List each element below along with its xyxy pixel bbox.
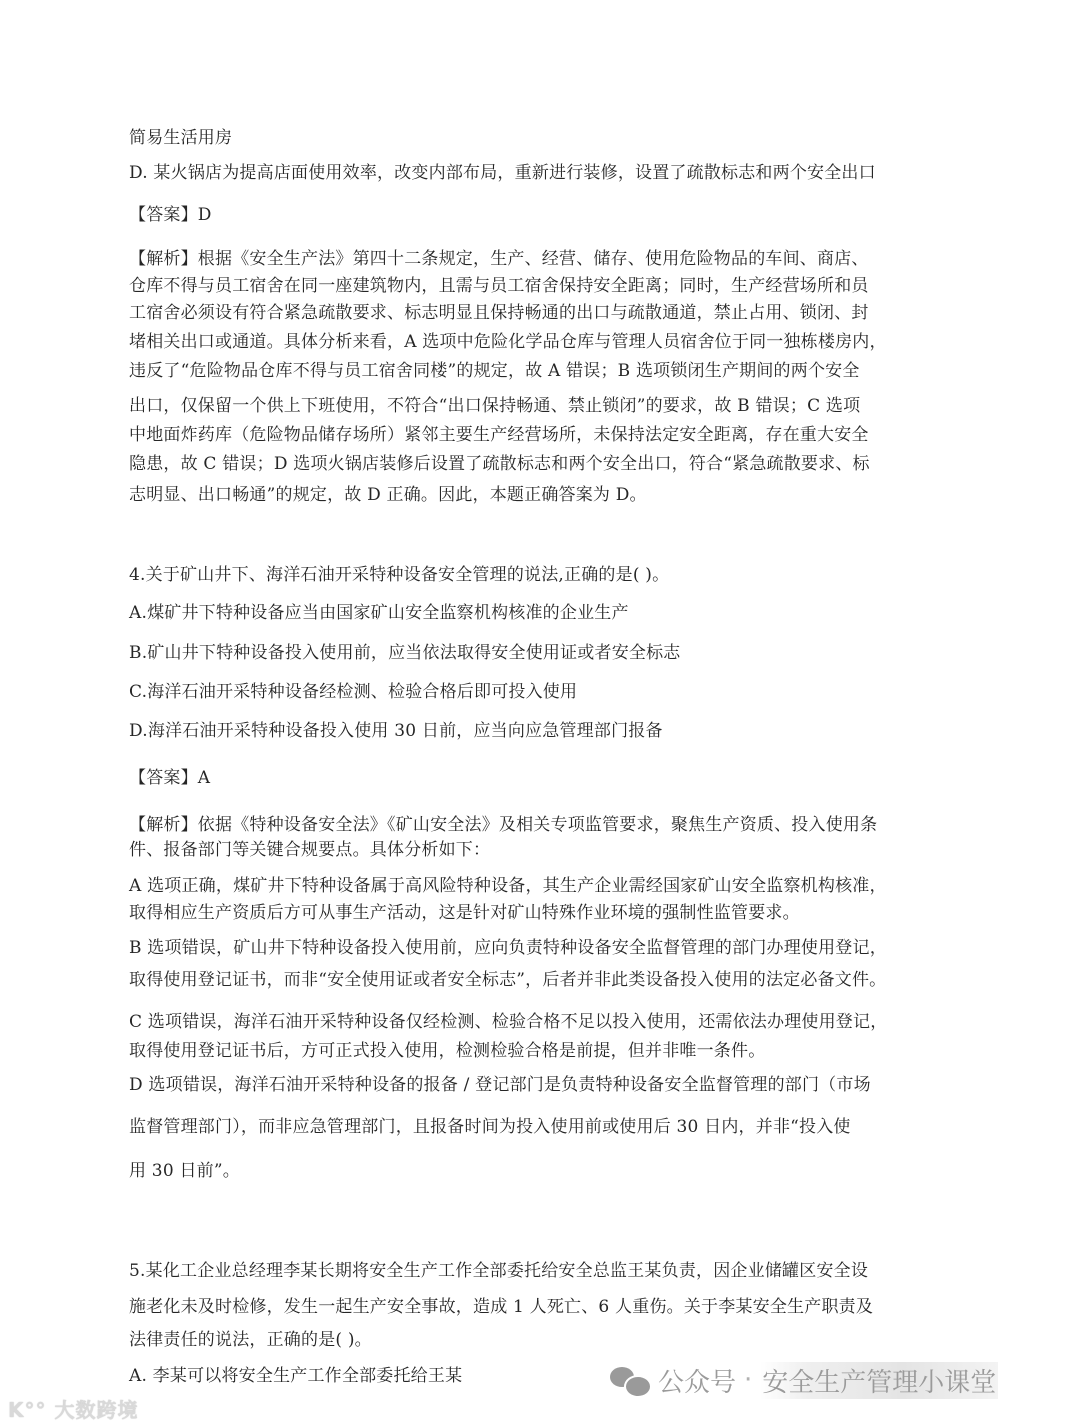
wechat-icon bbox=[610, 1365, 650, 1395]
text-line: 简易生活用房 bbox=[129, 127, 232, 149]
watermark-left-text: 大数跨境 bbox=[54, 1398, 138, 1422]
text-line: B 选项错误，矿山井下特种设备投入使用前，应向负责特种设备安全监督管理的部门办理… bbox=[129, 937, 887, 959]
text-line: 【解析】依据《特种设备安全法》《矿山安全法》及相关专项监管要求，聚焦生产资质、投… bbox=[129, 814, 877, 836]
text-line: 用 30 日前”。 bbox=[129, 1160, 240, 1182]
text-line: A 选项正确，煤矿井下特种设备属于高风险特种设备，其生产企业需经国家矿山安全监察… bbox=[129, 875, 887, 897]
text-line: D. 某火锅店为提高店面使用效率，改变内部布局，重新进行装修，设置了疏散标志和两… bbox=[129, 162, 876, 184]
text-line: 取得相应生产资质后方可从事生产活动，这是针对矿山特殊作业环境的强制性监管要求。 bbox=[129, 902, 800, 924]
watermark-left: K°° 大数跨境 bbox=[8, 1394, 138, 1423]
text-line: 【答案】D bbox=[129, 204, 212, 226]
text-line: 法律责任的说法，正确的是( )。 bbox=[129, 1329, 372, 1351]
text-line: 中地面炸药库（危险物品储存场所）紧邻主要生产经营场所，未保持法定安全距离，存在重… bbox=[129, 424, 869, 446]
text-line: C.海洋石油开采特种设备经检测、检验合格后即可投入使用 bbox=[129, 681, 577, 703]
text-line: 违反了“危险物品仓库不得与员工宿舍同楼”的规定，故 A 错误；B 选项锁闭生产期… bbox=[129, 360, 860, 382]
document-page: 简易生活用房D. 某火锅店为提高店面使用效率，改变内部布局，重新进行装修，设置了… bbox=[0, 0, 1080, 1426]
text-line: 隐患，故 C 错误；D 选项火锅店装修后设置了疏散标志和两个安全出口，符合“紧急… bbox=[129, 453, 870, 475]
text-line: 志明显、出口畅通”的规定，故 D 正确。因此，本题正确答案为 D。 bbox=[129, 484, 647, 506]
text-line: 取得使用登记证书，而非“安全使用证或者安全标志”，后者并非此类设备投入使用的法定… bbox=[129, 969, 886, 991]
text-line: D.海洋石油开采特种设备投入使用 30 日前，应当向应急管理部门报备 bbox=[129, 720, 663, 742]
watermark-separator: · bbox=[744, 1365, 752, 1395]
text-line: 4.关于矿山井下、海洋石油开采特种设备安全管理的说法,正确的是( )。 bbox=[129, 564, 669, 586]
text-line: 堵相关出口或通道。具体分析来看，A 选项中危险化学品仓库与管理人员宿舍位于同一独… bbox=[129, 331, 887, 353]
text-line: 【答案】A bbox=[129, 767, 210, 789]
text-line: D 选项错误，海洋石油开采特种设备的报备 / 登记部门是负责特种设备安全监督管理… bbox=[129, 1074, 871, 1096]
watermark-official-account: 公众号 · 安全生产管理小课堂 bbox=[610, 1360, 998, 1400]
text-line: B.矿山井下特种设备投入使用前，应当依法取得安全使用证或者安全标志 bbox=[129, 642, 681, 664]
text-line: A.煤矿井下特种设备应当由国家矿山安全监察机构核准的企业生产 bbox=[129, 602, 629, 624]
text-line: 取得使用登记证书后，方可正式投入使用，检测检验合格是前提，但并非唯一条件。 bbox=[129, 1040, 765, 1062]
text-line: 施老化未及时检修，发生一起生产安全事故，造成 1 人死亡、6 人重伤。关于李某安… bbox=[129, 1296, 873, 1318]
text-line: 仓库不得与员工宿舍在同一座建筑物内，且需与员工宿舍保持安全距离；同时，生产经营场… bbox=[129, 275, 869, 297]
text-line: 件、报备部门等关键合规要点。具体分析如下： bbox=[129, 839, 490, 861]
text-line: 监督管理部门），而非应急管理部门，且报备时间为投入使用前或使用后 30 日内，并… bbox=[129, 1116, 851, 1138]
text-line: C 选项错误，海洋石油开采特种设备仅经检测、检验合格不足以投入使用，还需依法办理… bbox=[129, 1011, 887, 1033]
text-line: 工宿舍必须设有符合紧急疏散要求、标志明显且保持畅通的出口与疏散通道，禁止占用、锁… bbox=[129, 302, 869, 324]
watermark-prefix: 公众号 bbox=[658, 1362, 736, 1399]
text-line: 5.某化工企业总经理李某长期将安全生产工作全部委托给安全总监王某负责，因企业储罐… bbox=[129, 1260, 868, 1282]
text-line: A. 李某可以将安全生产工作全部委托给王某 bbox=[129, 1365, 462, 1387]
text-line: 出口，仅保留一个供上下班使用，不符合“出口保持畅通、禁止锁闭”的要求，故 B 错… bbox=[129, 395, 860, 417]
text-line: 【解析】根据《安全生产法》第四十二条规定，生产、经营、储存、使用危险物品的车间、… bbox=[129, 248, 869, 270]
watermark-logo-icon: K°° bbox=[8, 1398, 54, 1422]
watermark-account-name: 安全生产管理小课堂 bbox=[760, 1362, 998, 1399]
